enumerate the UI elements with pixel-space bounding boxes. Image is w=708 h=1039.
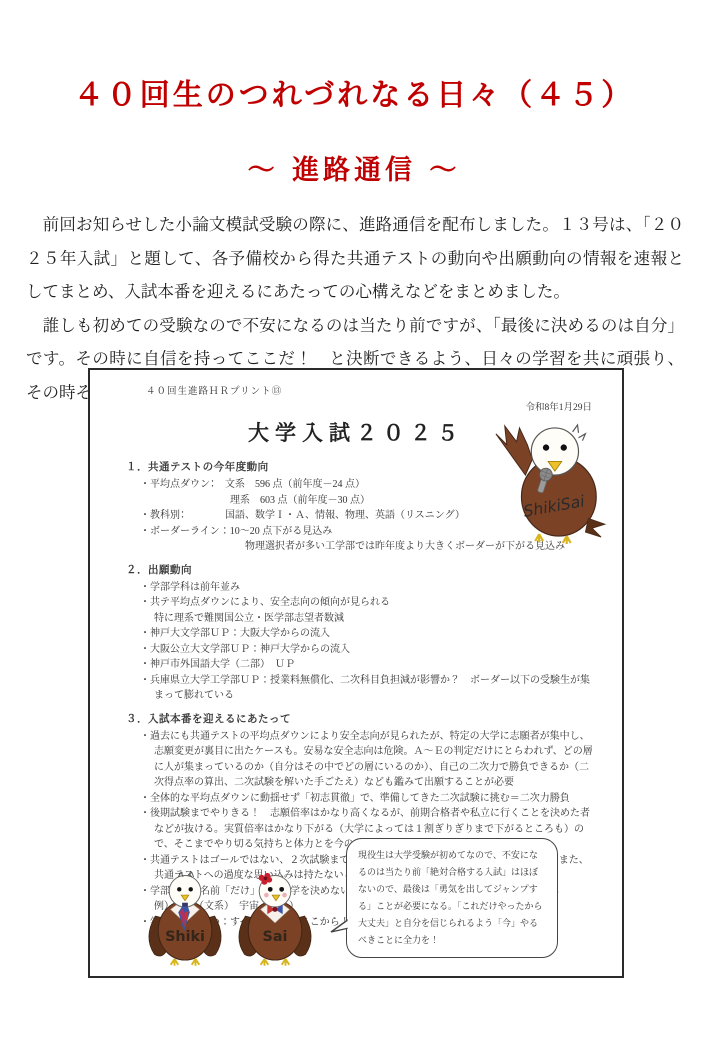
section2-items: ・学部学科は前年並み ・共テ平均点ダウンにより、安全志向の傾向が見られる 特に理… [140,580,596,704]
mascot-footer: Shiki [90,868,622,970]
speech-bubble: 現役生は大学受験が初めてなので、不安になるのは当たり前「絶対合格する入試」はほぼ… [346,838,558,958]
intro-paragraph-1: 前回お知らせした小論文模試受験の際に、進路通信を配布しました。１３号は、「２０２… [26,208,684,309]
list-item: ・学部学科は前年並み [140,580,596,596]
page-title: ４０回生のつれづれなる日々（４５） [0,70,708,114]
print-date: 令和8年1月29日 [90,399,592,413]
list-item: ・過去にも共通テストの平均点ダウンにより安全志向が見られたが、特定の大学に志願者… [140,729,596,791]
list-item: ・全体的な平均点ダウンに動揺せず「初志貫徹」で、準備してきた二次試験に挑む＝二次… [140,791,596,807]
list-item: ・神戸市外国語大学（二部） ＵＰ [140,657,596,673]
speech-bubble-tail [330,917,350,935]
list-item: ・兵庫県立大学工学部ＵＰ：授業料無償化、二次科目負担減が影響か？ ボーダー以下の… [140,673,596,704]
mascot-shiki-bird-icon: Shiki [142,870,228,966]
section3-heading: ３．入試本番を迎えるにあたって [126,711,596,726]
page-subtitle: ～ 進路通信 ～ [0,148,708,187]
newsletter-page: ４０回生のつれづれなる日々（４５） ～ 進路通信 ～ 前回お知らせした小論文模試… [0,0,708,1039]
mascot-shikisai-eagle-icon: ShikiSai [490,418,608,546]
embedded-print-document: ４０回生進路ＨＲプリント⑬ 令和8年1月29日 大学入試２０２５ ShikiSa… [88,368,624,978]
bird-name-label: Shiki [165,929,205,945]
speech-bubble-text: 現役生は大学受験が初めてなので、不安になるのは当たり前「絶対合格する入試」はほぼ… [358,850,543,945]
print-header-label: ４０回生進路ＨＲプリント⑬ [146,383,622,397]
list-item: 特に理系で難関国公立・医学部志望者数減 [140,611,596,627]
list-item: ・共テ平均点ダウンにより、安全志向の傾向が見られる [140,595,596,611]
mascot-sai-bird-icon: Sai [232,870,318,966]
list-item: ・大阪公立大文学部ＵＰ：神戸大学からの流入 [140,642,596,658]
bird-name-label: Sai [263,929,288,945]
list-item: ・神戸大文学部ＵＰ：大阪大学からの流入 [140,626,596,642]
section2-heading: ２．出願動向 [126,562,596,577]
